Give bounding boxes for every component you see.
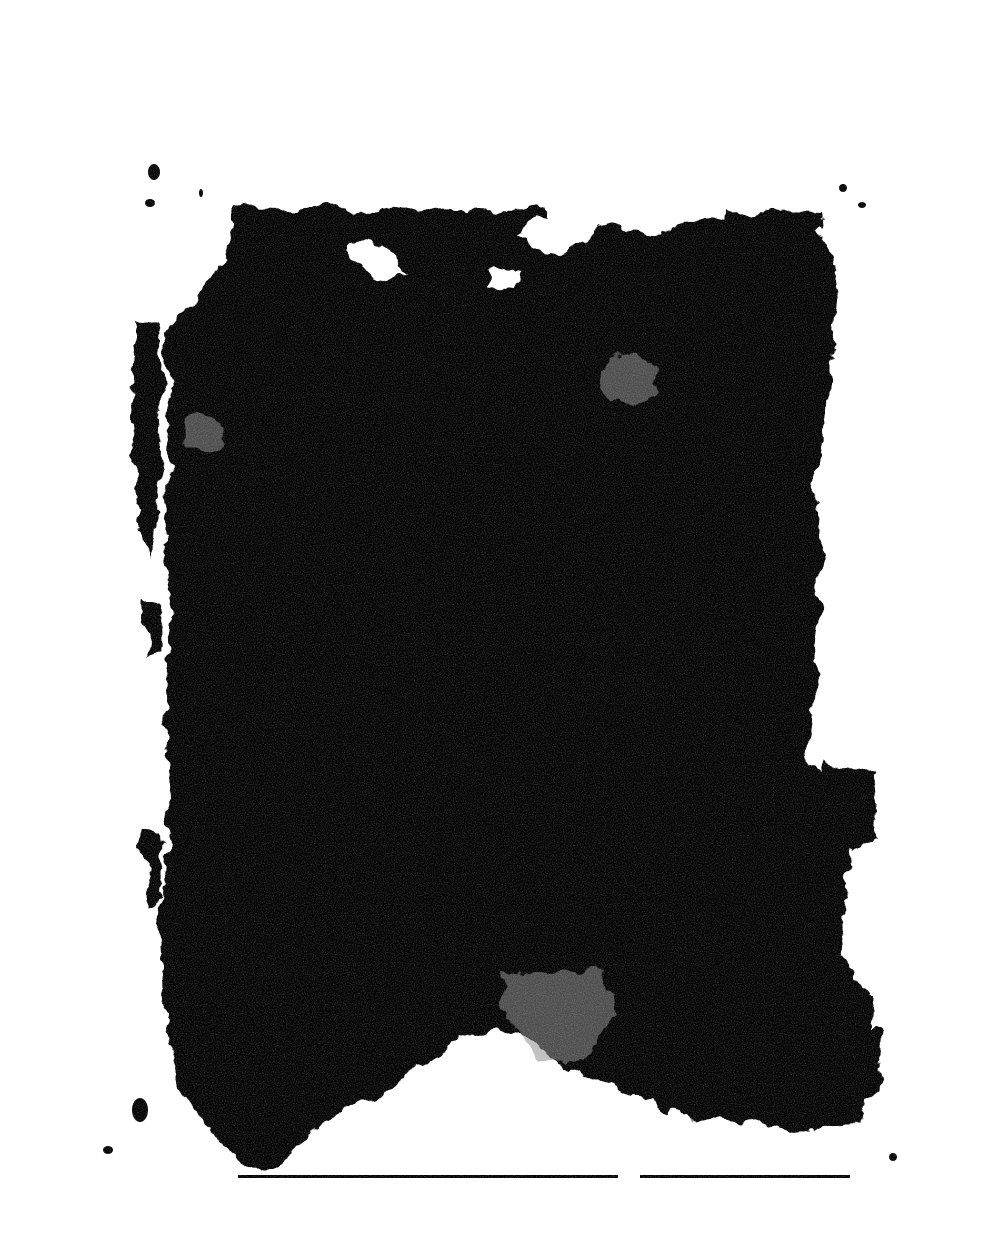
grunge-frame-image xyxy=(0,0,1000,1250)
grain-overlay xyxy=(0,0,1000,1250)
